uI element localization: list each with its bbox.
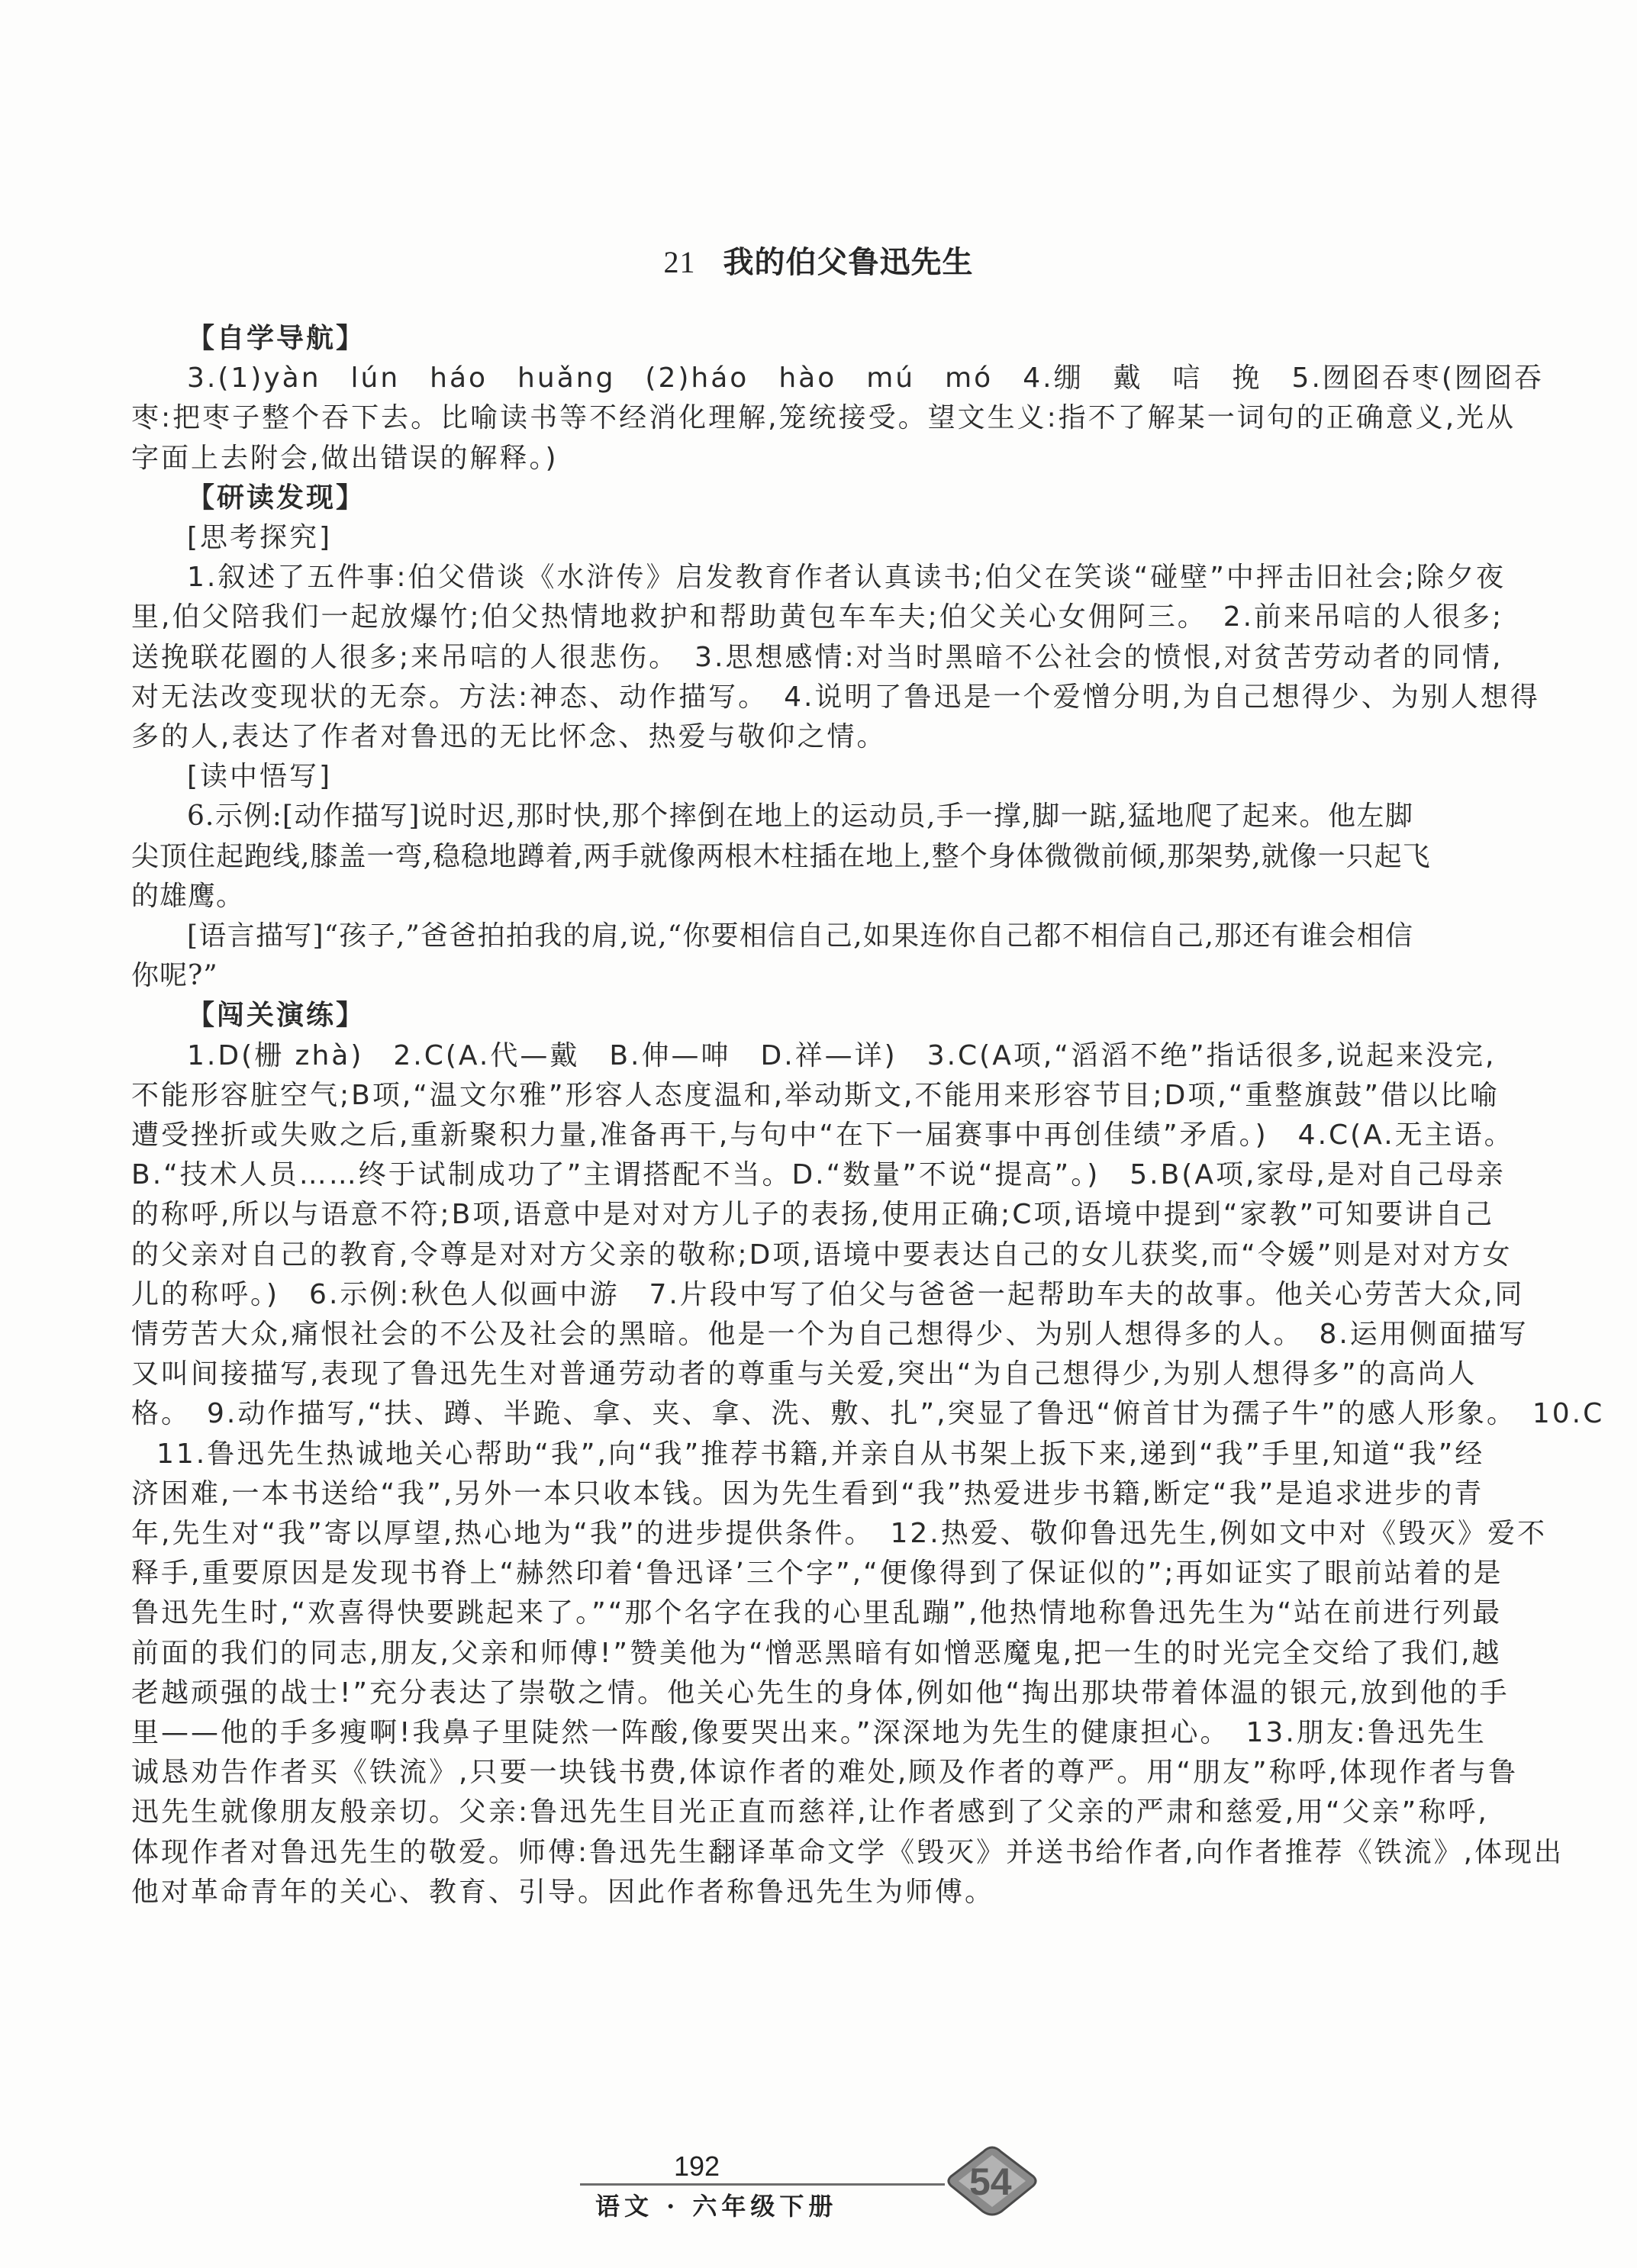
answer-key-page: 21我的伯父鲁迅先生 【自学导航】3.(1)yàn lún háo huǎng … (0, 0, 1637, 2268)
lesson-title-text: 我的伯父鲁迅先生 (723, 245, 974, 280)
answer-line: 对无法改变现状的无奈。方法:神态、动作描写。 4.说明了鲁迅是一个爱憎分明,为自… (131, 678, 1413, 717)
subsection-label: [读中悟写] (187, 757, 1413, 797)
publisher-logo-icon: 54 (946, 2146, 1038, 2216)
answer-line: 1.叙述了五件事:伯父借谈《水浒传》启发教育作者认真读书;伯父在笑谈“碰壁”中抨… (187, 558, 1413, 598)
answer-line: 年,先生对“我”寄以厚望,热心地为“我”的进步提供条件。 12.热爱、敬仰鲁迅先… (131, 1514, 1413, 1554)
answer-line: [语言描写]“孩子,”爸爸拍拍我的肩,说,“你要相信自己,如果连你自己都不相信自… (187, 917, 1413, 956)
svg-text:54: 54 (969, 2160, 1012, 2203)
subsection-label: [思考探究] (187, 518, 1413, 558)
answer-line: 里,伯父陪我们一起放爆竹;伯父热情地救护和帮助黄包车车夫;伯父关心女佣阿三。 2… (131, 598, 1413, 637)
answer-line: 济困难,一本书送给“我”,另外一本只收本钱。因为先生看到“我”热爱进步书籍,断定… (131, 1474, 1413, 1514)
answer-line: 又叫间接描写,表现了鲁迅先生对普通劳动者的尊重与关爱,突出“为自己想得少,为别人… (131, 1355, 1413, 1394)
answer-line: 他对革命青年的关心、教育、引导。因此作者称鲁迅先生为师傅。 (131, 1873, 1413, 1912)
answer-line: 枣:把枣子整个吞下去。比喻读书等不经消化理解,笼统接受。望文生义:指不了解某一词… (131, 398, 1413, 438)
answer-line: 鲁迅先生时,“欢喜得快要跳起来了。”“那个名字在我的心里乱蹦”,他热情地称鲁迅先… (131, 1593, 1413, 1633)
section-heading: 【自学导航】 (187, 319, 1413, 359)
footer-divider (580, 2183, 945, 2186)
answer-line: 的称呼,所以与语意不符;B项,语意中是对对方儿子的表扬,使用正确;C项,语境中提… (131, 1195, 1413, 1235)
lesson-title: 21我的伯父鲁迅先生 (0, 238, 1637, 282)
answer-line: 老越顽强的战士!”充分表达了崇敬之情。他关心先生的身体,例如他“掏出那块带着体温… (131, 1674, 1413, 1713)
answer-line: 3.(1)yàn lún háo huǎng (2)háo hào mú mó … (187, 359, 1413, 398)
answer-line: 儿的称呼。) 6.示例:秋色人似画中游 7.片段中写了伯父与爸爸一起帮助车夫的故… (131, 1275, 1413, 1315)
lesson-number: 21 (664, 245, 696, 279)
answer-line: 诚恳劝告作者买《铁流》,只要一块钱书费,体谅作者的难处,顾及作者的尊严。用“朋友… (131, 1753, 1413, 1793)
book-title: 语文 · 六年级下册 (595, 2187, 837, 2222)
page-number: 192 (674, 2150, 720, 2183)
answer-line: 多的人,表达了作者对鲁迅的无比怀念、热爱与敬仰之情。 (131, 717, 1413, 757)
answer-line: B.“技术人员……终于试制成功了”主谓搭配不当。D.“数量”不说“提高”。) 5… (131, 1155, 1413, 1195)
answer-line: 前面的我们的同志,朋友,父亲和师傅!”赞美他为“憎恶黑暗有如憎恶魔鬼,把一生的时… (131, 1634, 1413, 1674)
answer-line: 6.示例:[动作描写]说时迟,那时快,那个摔倒在地上的运动员,手一撑,脚一踮,猛… (187, 797, 1413, 836)
answer-line: 遭受挫折或失败之后,重新聚积力量,准备再干,与句中“在下一届赛事中再创佳绩”矛盾… (131, 1116, 1413, 1155)
section-heading: 【研读发现】 (187, 478, 1413, 518)
answer-line: 送挽联花圈的人很多;来吊唁的人很悲伤。 3.思想感情:对当时黑暗不公社会的愤恨,… (131, 638, 1413, 678)
answer-line: 的雄鹰。 (131, 877, 1413, 917)
answer-line: 1.D(栅 zhà) 2.C(A.代—戴 B.伸—呻 D.祥—详) 3.C(A项… (187, 1036, 1413, 1076)
answer-line: 里——他的手多瘦啊!我鼻子里陡然一阵酸,像要哭出来。”深深地为先生的健康担心。 … (131, 1713, 1413, 1753)
section-heading: 【闯关演练】 (187, 996, 1413, 1036)
answer-line: 你呢?” (131, 956, 1413, 996)
answer-line: 格。 9.动作描写,“扶、蹲、半跪、拿、夹、拿、洗、敷、扎”,突显了鲁迅“俯首甘… (131, 1394, 1413, 1434)
answer-line: 体现作者对鲁迅先生的敬爱。师傅:鲁迅先生翻译革命文学《毁灭》并送书给作者,向作者… (131, 1833, 1413, 1873)
answer-line: 的父亲对自己的教育,令尊是对对方父亲的敬称;D项,语境中要表达自己的女儿获奖,而… (131, 1235, 1413, 1275)
answer-line: 尖顶住起跑线,膝盖一弯,稳稳地蹲着,两手就像两根木柱插在地上,整个身体微微前倾,… (131, 837, 1413, 877)
answer-line: 释手,重要原因是发现书脊上“赫然印着‘鲁迅译’三个字”,“便像得到了保证似的”;… (131, 1554, 1413, 1593)
answer-line: 不能形容脏空气;B项,“温文尔雅”形容人态度温和,举动斯文,不能用来形容节目;D… (131, 1076, 1413, 1116)
answer-line: 字面上去附会,做出错误的解释。) (131, 439, 1413, 478)
answer-line: 11.鲁迅先生热诚地关心帮助“我”,向“我”推荐书籍,并亲自从书架上扳下来,递到… (156, 1435, 1413, 1474)
answer-line: 迅先生就像朋友般亲切。父亲:鲁迅先生目光正直而慈祥,让作者感到了父亲的严肃和慈爱… (131, 1793, 1413, 1832)
answer-line: 情劳苦大众,痛恨社会的不公及社会的黑暗。他是一个为自己想得少、为别人想得多的人。… (131, 1315, 1413, 1355)
